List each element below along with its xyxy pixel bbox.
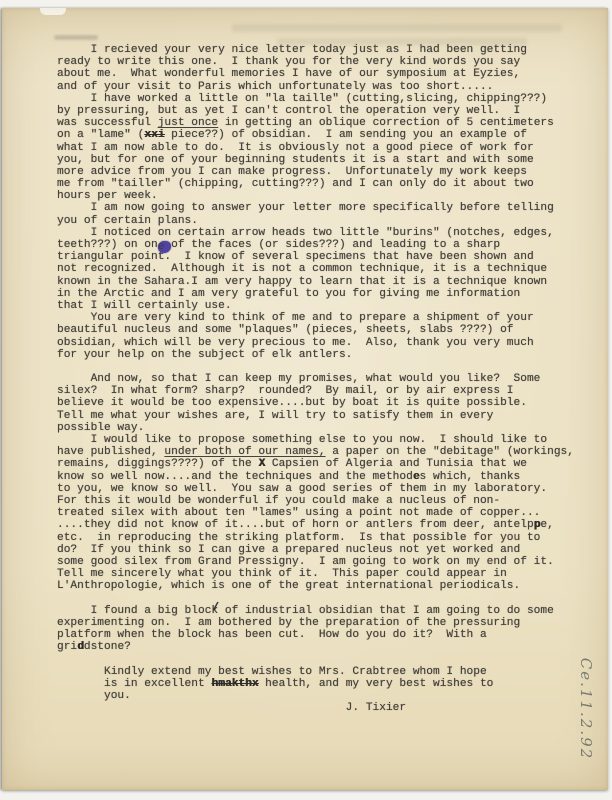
letter-text: Capsien of Algeria and Tunisia that we <box>265 458 527 470</box>
letter-text: hmakthx <box>211 678 258 690</box>
letter-text: e <box>413 471 420 483</box>
letter-line: I would like to propose something else t… <box>57 434 574 446</box>
letter-line: more advice from you I can make progress… <box>57 166 574 178</box>
letter-text: not recognized. Although it is not a com… <box>57 263 547 275</box>
letter-text: treated silex with about ten "lames" usi… <box>57 507 540 519</box>
letter-text: teeth???) on on <box>57 239 158 251</box>
letter-line: you of certain plans. <box>57 215 574 227</box>
letter-text: L'Anthropologie, which is one of the gre… <box>57 580 520 592</box>
letter-line: griddstone? <box>57 641 574 653</box>
letter-line: etc. in reproducing the striking platfor… <box>57 532 574 544</box>
letter-text: experimenting on. I am bothered by the p… <box>57 617 520 629</box>
letter-line: for your help on the subject of elk antl… <box>57 349 574 361</box>
letter-text: have published, <box>57 446 164 458</box>
letter-text: obsidian, which will be very precious to… <box>57 337 534 349</box>
letter-line: I found a big block of industrial obsidi… <box>57 605 574 617</box>
ink-blot: e <box>158 241 171 253</box>
letter-line: remains, diggings????) of the X Capsien … <box>57 458 574 470</box>
letter-text: Kindly extend my best wishes to Mrs. Cra… <box>57 666 487 678</box>
letter-text: is in excellent <box>57 678 211 690</box>
letter-text: and of your visit to Paris which unfortu… <box>57 81 493 93</box>
letter-line: Kindly extend my best wishes to Mrs. Cra… <box>57 666 574 678</box>
letter-line: ready to write this one. I thank you for… <box>57 56 574 68</box>
letter-line: You are very kind to think of me and to … <box>57 312 574 324</box>
letter-text: e, <box>540 519 553 531</box>
letter-text: ....they did not know of it....but of ho… <box>57 519 534 531</box>
letter-line: silex? In what form? sharp? rounded? By … <box>57 385 574 397</box>
letter-line: not recognized. Although it is not a com… <box>57 263 574 275</box>
letter-line: triangular point. I know of several spec… <box>57 251 574 263</box>
letter-line: was successful just once in getting an o… <box>57 117 574 129</box>
letter-text: a paper on the "debitage" (workings, <box>326 446 574 458</box>
letter-text: I have worked a little on "la taille" (c… <box>57 93 547 105</box>
letter-body: I recieved your very nice letter today j… <box>57 44 574 714</box>
letter-line: I have worked a little on "la taille" (c… <box>57 93 574 105</box>
letter-line: about me. What wonderful memories I have… <box>57 68 574 80</box>
letter-line <box>57 592 574 604</box>
letter-text: hours per week. <box>57 190 158 202</box>
letter-line: For this it would be wonderful if you co… <box>57 495 574 507</box>
letter-text: under both of our names, <box>164 446 325 458</box>
letter-text: you, but for one of your beginning stude… <box>57 154 534 166</box>
letter-text: for your help on the subject of elk antl… <box>57 349 352 361</box>
letter-text: J. Tixier <box>57 702 406 714</box>
letter-line: and of your visit to Paris which unfortu… <box>57 81 574 93</box>
letter-line: I noticed on certain arrow heads two lit… <box>57 227 574 239</box>
letter-text: some good silex from Grand Pressigny. I … <box>57 556 554 568</box>
letter-text: I noticed on certain arrow heads two lit… <box>57 227 554 239</box>
letter-line <box>57 361 574 373</box>
letter-line: believe it would be too expensive....but… <box>57 397 574 409</box>
letter-text: believe it would be too expensive....but… <box>57 397 527 409</box>
letter-text: was successful <box>57 117 158 129</box>
letter-text: I am now going to answer your letter mor… <box>57 202 554 214</box>
letter-line: you, but for one of your beginning stude… <box>57 154 574 166</box>
letter-text: Tell me sincerely what you think of it. … <box>57 568 507 580</box>
letter-line: platform when the block has been cut. Ho… <box>57 629 574 641</box>
letter-line: have published, under both of our names,… <box>57 446 574 458</box>
letter-text: about me. What wonderful memories I have… <box>57 68 520 80</box>
letter-line: in the Arctic and I am very grateful to … <box>57 288 574 300</box>
letter-text: just once <box>158 117 218 129</box>
letter-line: know so well now....and the techniques a… <box>57 471 574 483</box>
scan-background: { "annotation": { "text": "Ce.11.2.92" }… <box>0 0 612 800</box>
letter-line: Tell me sincerely what you think of it. … <box>57 568 574 580</box>
letter-line: by pressuring, but as yet I can't contro… <box>57 105 574 117</box>
paper-tear <box>40 8 66 15</box>
letter-line: experimenting on. I am bothered by the p… <box>57 617 574 629</box>
letter-text: that I will certainly use. <box>57 300 232 312</box>
letter-text: you. <box>57 690 131 702</box>
letter-text: of the faces (or sides???) and leading t… <box>171 239 500 251</box>
letter-line: And now, so that I can keep my promises,… <box>57 373 574 385</box>
letter-line: what I am now able to do. It is obviousl… <box>57 142 574 154</box>
letter-text: by pressuring, but as yet I can't contro… <box>57 105 520 117</box>
archival-annotation: Ce.11.2.92 <box>577 643 595 775</box>
letter-line: you. <box>57 690 574 702</box>
letter-text: in the Arctic and I am very grateful to … <box>57 288 520 300</box>
letter-line: Tell me what your wishes are, I will try… <box>57 410 574 422</box>
letter-line: beautiful nucleus and some "plaques" (pi… <box>57 324 574 336</box>
letter-line: I recieved your very nice letter today j… <box>57 44 574 56</box>
letter-text: I would like to propose something else t… <box>57 434 547 446</box>
letter-text: silex? In what form? sharp? rounded? By … <box>57 385 514 397</box>
letter-line: known in the Sahara.I am very happy to l… <box>57 276 574 288</box>
letter-text: possible way. <box>57 422 144 434</box>
letter-text: I recieved your very nice letter today j… <box>57 44 527 56</box>
letter-text: you of certain plans. <box>57 215 198 227</box>
letter-text: do? If you think so I can give a prepare… <box>57 544 520 556</box>
letter-text: of industrial obsidian that I am going t… <box>218 605 554 617</box>
letter-line: teeth???) on one of the faces (or sides?… <box>57 239 574 251</box>
letter-text: gri <box>57 641 77 653</box>
letter-text: platform when the block has been cut. Ho… <box>57 629 487 641</box>
letter-line: is in excellent hmakthx health, and my v… <box>57 678 574 690</box>
letter-line: that I will certainly use. <box>57 300 574 312</box>
letter-text: beautiful nucleus and some "plaques" (pi… <box>57 324 514 336</box>
letter-text: remains, diggings????) of the <box>57 458 258 470</box>
letter-text: etc. in reproducing the striking platfor… <box>57 532 540 544</box>
letter-text: known in the Sahara.I am very happy to l… <box>57 276 547 288</box>
letter-text: triangular point. I know of several spec… <box>57 251 534 263</box>
letter-text: For this it would be wonderful if you co… <box>57 495 500 507</box>
letter-line: on a "lame" (xxi piece??) of obsidian. I… <box>57 129 574 141</box>
letter-line: obsidian, which will be very precious to… <box>57 337 574 349</box>
letter-line: me from "tailler" (chipping, cutting???)… <box>57 178 574 190</box>
letter-text: ready to write this one. I thank you for… <box>57 56 520 68</box>
letter-line: ....they did not know of it....but of ho… <box>57 519 574 531</box>
letter-text: You are very kind to think of me and to … <box>57 312 534 324</box>
letter-line: treated silex with about ten "lames" usi… <box>57 507 574 519</box>
letter-line: L'Anthropologie, which is one of the gre… <box>57 580 574 592</box>
letter-text: k <box>211 605 218 617</box>
letter-line <box>57 653 574 665</box>
letter-line: to you, we know so well. You saw a good … <box>57 483 574 495</box>
letter-text: s which, thanks <box>420 471 521 483</box>
letter-line: some good silex from Grand Pressigny. I … <box>57 556 574 568</box>
letter-text: on a "lame" ( <box>57 129 144 141</box>
letter-text: to you, we know so well. You saw a good … <box>57 483 547 495</box>
letter-text: what I am now able to do. It is obviousl… <box>57 142 534 154</box>
letter-text: d <box>77 641 84 653</box>
letter-text: know so well now....and the techniques a… <box>57 471 413 483</box>
letter-text: me from "tailler" (chipping, cutting???)… <box>57 178 534 190</box>
letter-text: piece??) of obsidian. I am sending you a… <box>164 129 527 141</box>
letter-text: Tell me what your wishes are, I will try… <box>57 410 493 422</box>
letter-text: And now, so that I can keep my promises,… <box>57 373 540 385</box>
letter-line: J. Tixier <box>57 702 574 714</box>
letter-line: possible way. <box>57 422 574 434</box>
letter-text: dstone? <box>84 641 131 653</box>
letter-page: I recieved your very nice letter today j… <box>2 8 608 790</box>
letter-text: in getting an oblique correction of 5 ce… <box>218 117 554 129</box>
letter-text: health, and my very best wishes to <box>258 678 493 690</box>
pencil-smudge <box>54 35 98 40</box>
letter-text: more advice from you I can make progress… <box>57 166 527 178</box>
letter-line: hours per week. <box>57 190 574 202</box>
letter-line: do? If you think so I can give a prepare… <box>57 544 574 556</box>
bleedthrough-mark <box>232 24 562 32</box>
letter-text: I found a big bloc <box>57 605 211 617</box>
letter-line: I am now going to answer your letter mor… <box>57 202 574 214</box>
letter-text: xxi <box>144 129 164 141</box>
